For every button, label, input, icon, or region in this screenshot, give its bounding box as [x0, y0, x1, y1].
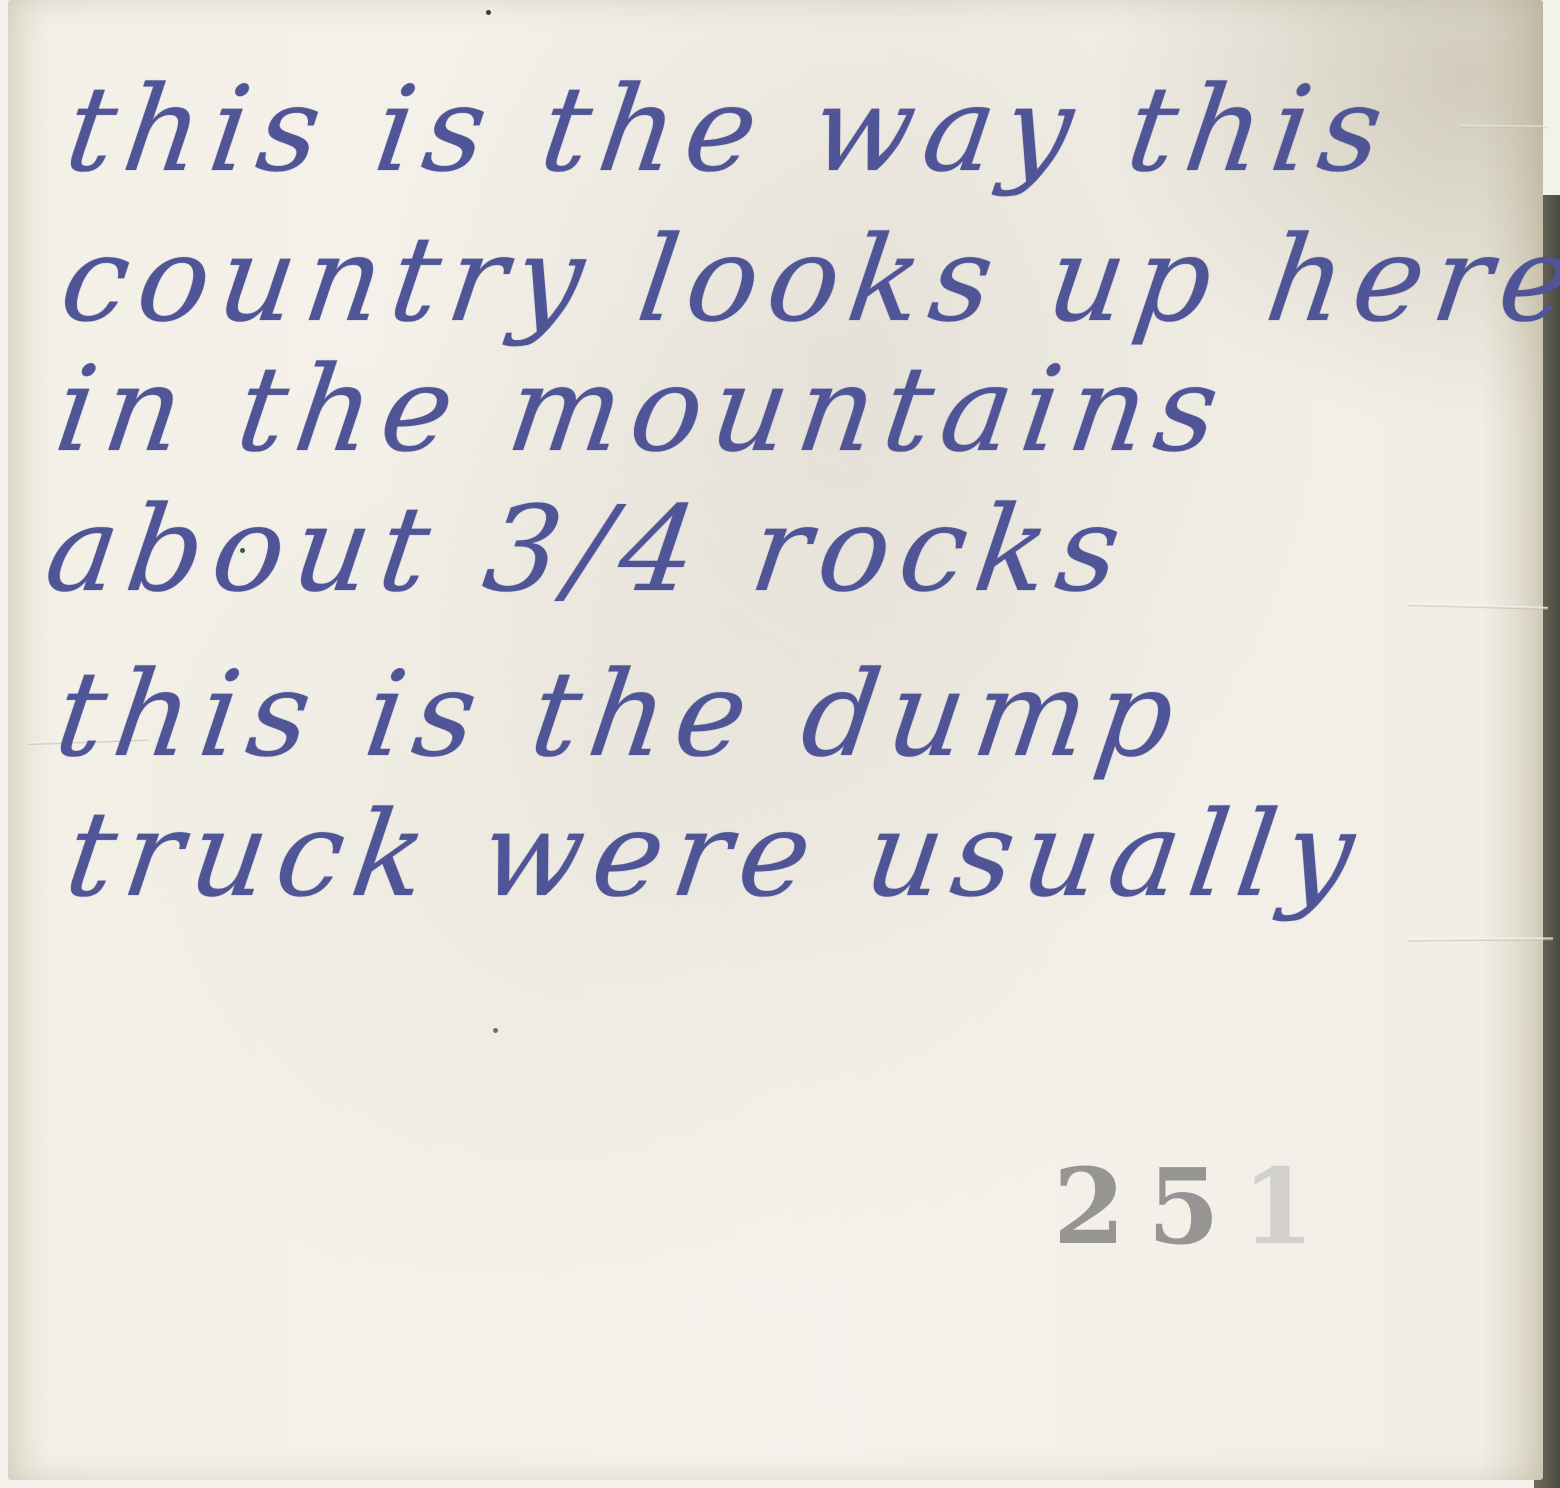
paper-crease — [1408, 937, 1553, 941]
stamped-number-faded: 1 — [1242, 1145, 1336, 1268]
note-line-5: this is the dump — [48, 645, 1192, 783]
ink-speck — [486, 10, 491, 15]
note-line-6: truck were usually — [58, 785, 1372, 923]
stamped-number-visible: 25 — [1053, 1145, 1242, 1268]
note-line-4: about 3/4 rocks — [38, 480, 1138, 618]
paper-crease — [1408, 603, 1548, 610]
photo-card: this is the way this country looks up he… — [8, 0, 1543, 1480]
note-line-2: country looks up here — [53, 210, 1560, 348]
note-line-1: this is the way this — [58, 60, 1400, 198]
stamped-number: 251 — [1053, 1145, 1336, 1268]
note-line-3: in the mountains — [48, 340, 1236, 478]
scanned-photo-back: this is the way this country looks up he… — [0, 0, 1560, 1488]
paper-crease — [1458, 125, 1548, 129]
ink-speck — [493, 1028, 498, 1033]
